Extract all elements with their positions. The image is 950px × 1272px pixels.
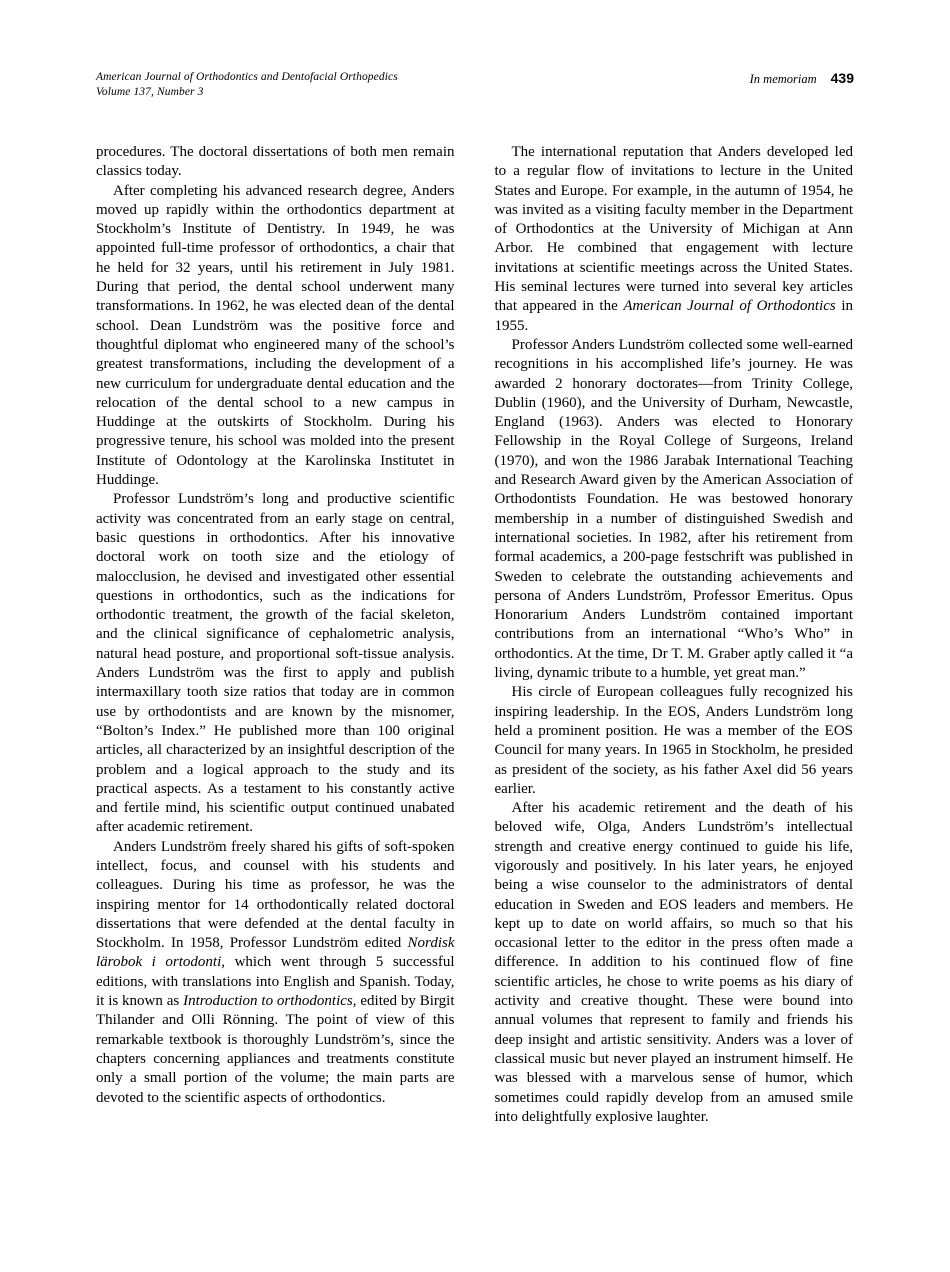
journal-title: American Journal of Orthodontics and Den…: [96, 70, 398, 85]
text-run: Anders Lundström freely shared his gifts…: [96, 839, 455, 951]
text-run: 137,: [133, 86, 154, 98]
italic-text-run: Volume: [96, 86, 133, 98]
page-number: 439: [831, 70, 854, 86]
paragraph: Professor Lundström’s long and productiv…: [96, 490, 455, 837]
volume-info: Volume 137, Number 3: [96, 85, 398, 100]
text-run: procedures. The doctoral dissertations o…: [96, 144, 455, 179]
paragraph: Professor Anders Lundström collected som…: [495, 336, 854, 683]
paragraph: After his academic retirement and the de…: [495, 799, 854, 1127]
text-run: His circle of European colleagues fully …: [495, 684, 854, 796]
paragraph: His circle of European colleagues fully …: [495, 683, 854, 799]
page-header: American Journal of Orthodontics and Den…: [96, 70, 854, 100]
journal-info: American Journal of Orthodontics and Den…: [96, 70, 398, 100]
text-run: Professor Lundström’s long and productiv…: [96, 491, 455, 835]
italic-text-run: Number: [154, 86, 198, 98]
column-left: procedures. The doctoral dissertations o…: [96, 143, 455, 1127]
text-run: Professor Anders Lundström collected som…: [495, 337, 854, 681]
text-run: After his academic retirement and the de…: [495, 800, 854, 1125]
text-run: The international reputation that Anders…: [495, 144, 854, 314]
text-columns: procedures. The doctoral dissertations o…: [96, 143, 853, 1127]
column-right: The international reputation that Anders…: [495, 143, 854, 1127]
paragraph: procedures. The doctoral dissertations o…: [96, 143, 455, 182]
journal-page: { "header": { "journal_title": "American…: [0, 0, 950, 1272]
paragraph: Anders Lundström freely shared his gifts…: [96, 838, 455, 1108]
paragraph: After completing his advanced research d…: [96, 182, 455, 491]
running-head-right: In memoriam 439: [750, 70, 854, 87]
paragraph: The international reputation that Anders…: [495, 143, 854, 336]
italic-text-run: Introduction to orthodontics: [183, 993, 353, 1009]
text-run: After completing his advanced research d…: [96, 183, 455, 488]
italic-text-run: American Journal of Orthodontics: [623, 298, 835, 314]
text-run: , edited by Birgit Thilander and Olli Rö…: [96, 993, 455, 1105]
text-run: 3: [198, 86, 204, 98]
section-label: In memoriam: [750, 72, 817, 87]
